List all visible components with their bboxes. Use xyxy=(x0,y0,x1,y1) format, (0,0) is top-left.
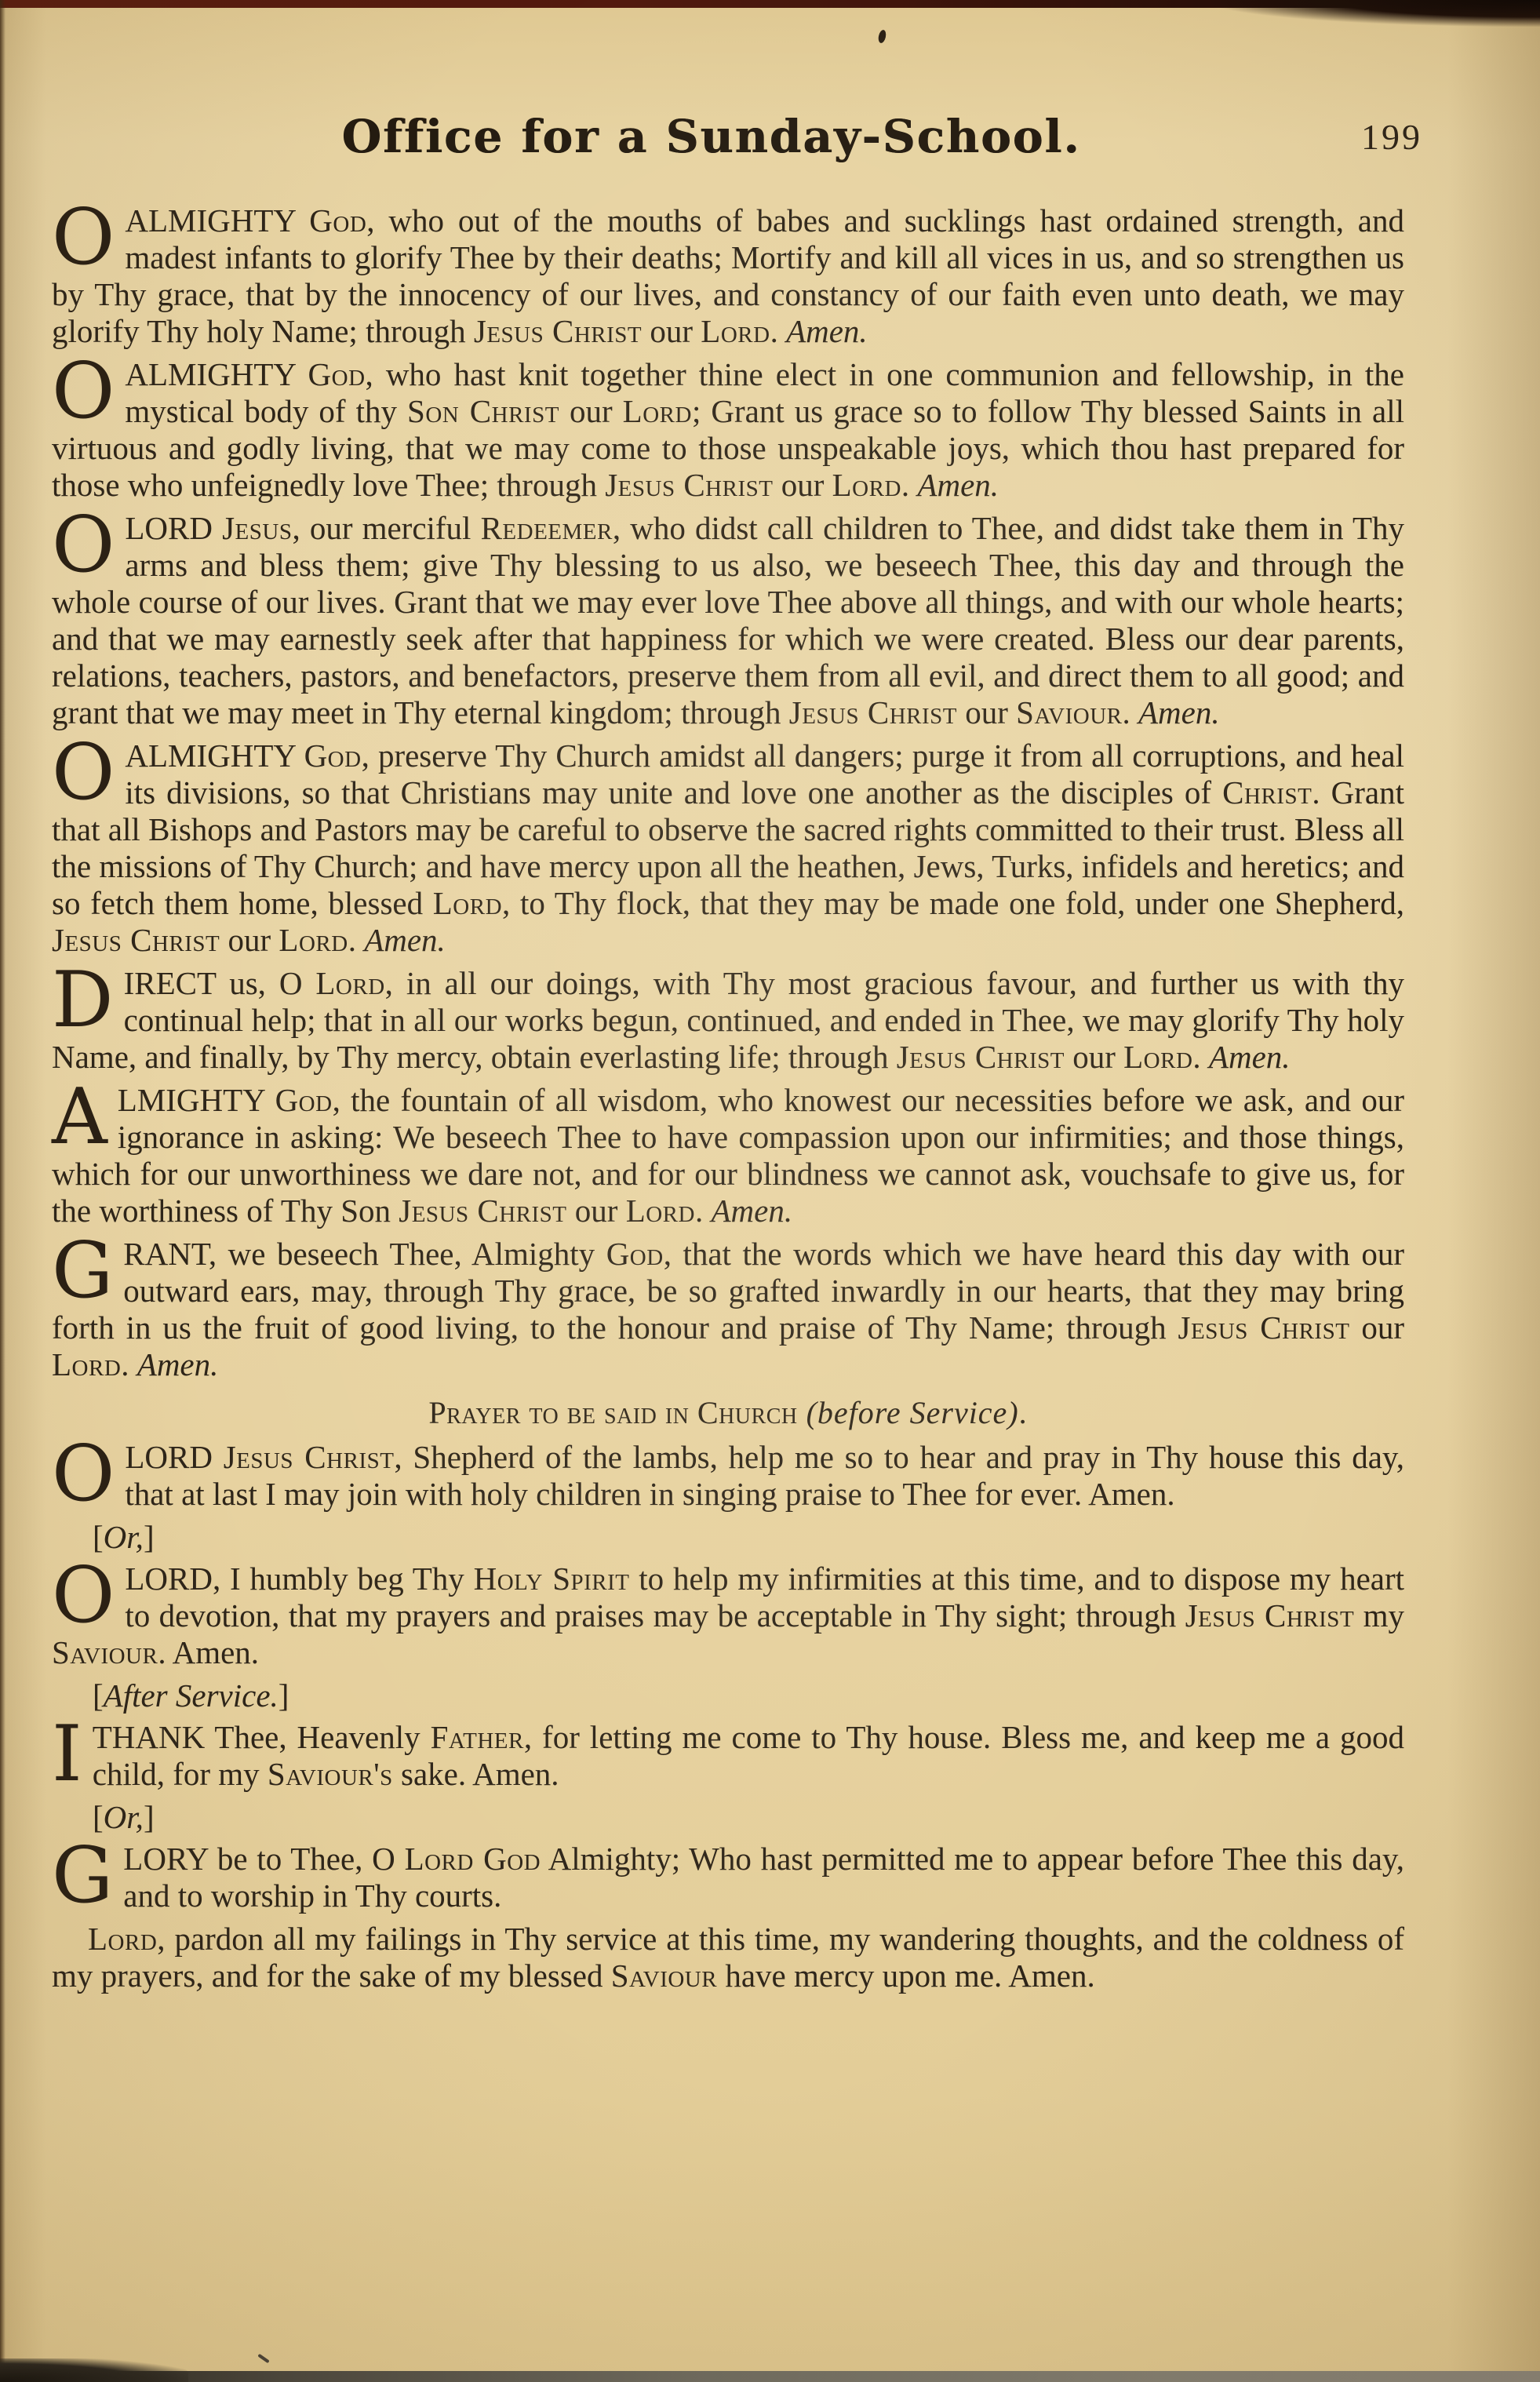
text-segment: IRECT us, O xyxy=(124,965,316,1001)
text-segment: Jesus Christ xyxy=(224,1439,395,1475)
text-segment: Lord God xyxy=(405,1841,541,1877)
drop-cap-letter: O xyxy=(52,1443,115,1506)
text-segment: Amen. xyxy=(786,313,868,349)
text-segment: Lord xyxy=(279,922,348,958)
page-top-right-corner-shadow xyxy=(1211,0,1540,27)
text-segment: LORY be to Thee, O xyxy=(123,1841,404,1877)
text-segment: Saviour xyxy=(1016,694,1122,730)
text-segment: Jesus Christ xyxy=(52,922,220,958)
drop-cap-letter: O xyxy=(52,1564,115,1627)
text-segment: LORD xyxy=(125,510,222,546)
text-segment: Father xyxy=(431,1719,524,1755)
text-segment: . xyxy=(1123,694,1139,730)
text-segment: our xyxy=(567,1193,626,1229)
text-segment: Amen. xyxy=(711,1193,792,1229)
text-segment: Holy Spirit xyxy=(474,1561,630,1597)
text-segment: Lord xyxy=(1123,1039,1192,1075)
text-segment: Lord xyxy=(623,393,692,429)
text-segment: [ xyxy=(93,1799,104,1835)
prayer-paragraph: Lord, pardon all my failings in Thy serv… xyxy=(52,1921,1404,1994)
text-segment: Amen. xyxy=(1138,694,1220,730)
text-segment: our xyxy=(773,467,832,503)
drop-cap-letter: O xyxy=(52,514,115,577)
text-segment: ALMIGHTY xyxy=(125,738,304,774)
text-segment: God xyxy=(304,738,362,774)
rubric: [Or,] xyxy=(93,1519,1404,1556)
page-left-edge xyxy=(0,0,5,2382)
prayer-paragraph: ALMIGHTY God, the fountain of all wisdom… xyxy=(52,1082,1404,1229)
ink-speck xyxy=(877,29,887,43)
text-segment: God xyxy=(309,202,366,239)
text-segment: LORD, I humbly beg Thy xyxy=(125,1561,473,1597)
text-segment: Redeemer xyxy=(481,510,613,546)
text-segment: , to Thy flock, that they may be made on… xyxy=(502,885,1404,921)
text-segment: our xyxy=(1065,1039,1123,1075)
text-segment: [ xyxy=(93,1519,104,1555)
text-segment: Saviour's xyxy=(268,1756,393,1792)
text-segment: Prayer to be said in Church xyxy=(428,1395,797,1430)
text-segment: Jesus Christ xyxy=(399,1193,566,1229)
drop-cap-letter: O xyxy=(52,206,115,269)
text-segment: ] xyxy=(279,1677,289,1714)
prayer-paragraph: OLORD, I humbly beg Thy Holy Spirit to h… xyxy=(52,1561,1404,1671)
text-segment: sake. Amen. xyxy=(393,1756,559,1792)
text-segment: ALMIGHTY xyxy=(125,202,309,239)
text-segment: . xyxy=(770,313,787,349)
text-segment: Lord xyxy=(832,467,901,503)
rubric: [Or,] xyxy=(93,1799,1404,1836)
text-segment: God xyxy=(308,356,366,392)
page-header: Office for a Sunday-School. 199 xyxy=(0,100,1540,187)
text-segment: Lord xyxy=(701,313,770,349)
prayer-paragraph: OLORD Jesus, our merciful Redeemer, who … xyxy=(52,510,1404,731)
drop-cap-letter: I xyxy=(52,1723,82,1786)
text-segment: Jesus Christ xyxy=(789,694,957,730)
text-segment: Amen. xyxy=(137,1346,219,1382)
text-segment: Jesus xyxy=(222,510,292,546)
text-segment: Jesus Christ xyxy=(605,467,773,503)
text-segment: Lord xyxy=(433,885,502,921)
ink-speck xyxy=(257,2354,269,2363)
page-body: OALMIGHTY God, who out of the mouths of … xyxy=(52,202,1404,2001)
text-segment: After Service. xyxy=(104,1677,279,1714)
text-segment: Amen. xyxy=(364,922,446,958)
section-heading: Prayer to be said in Church (before Serv… xyxy=(52,1394,1404,1431)
text-segment: Jesus Christ xyxy=(1185,1597,1354,1634)
text-segment: Son Christ xyxy=(407,393,559,429)
text-segment: Or, xyxy=(104,1799,144,1835)
page-bottom-left-corner-shadow xyxy=(0,2358,188,2382)
text-segment xyxy=(798,1395,806,1430)
page-number: 199 xyxy=(1361,116,1422,158)
text-segment: . xyxy=(695,1193,712,1229)
text-segment: Lord xyxy=(626,1193,695,1229)
drop-cap-letter: A xyxy=(52,1086,107,1149)
text-segment: Saviour xyxy=(52,1634,158,1670)
text-segment: ALMIGHTY xyxy=(125,356,308,392)
text-segment: . Amen. xyxy=(158,1634,259,1670)
text-segment: our xyxy=(1349,1309,1404,1346)
text-segment: , our merciful xyxy=(292,510,480,546)
text-segment: Christ xyxy=(1222,774,1312,810)
page-bottom-edge xyxy=(0,2371,1540,2382)
text-segment: . xyxy=(121,1346,137,1382)
text-segment: Jesus Christ xyxy=(474,313,642,349)
text-segment: Lord xyxy=(315,965,384,1001)
prayer-paragraph: GRANT, we beseech Thee, Almighty God, th… xyxy=(52,1236,1404,1383)
text-segment: have mercy upon me. Amen. xyxy=(717,1958,1095,1994)
drop-cap-letter: O xyxy=(52,741,115,804)
text-segment: Or, xyxy=(104,1519,144,1555)
text-segment: Amen. xyxy=(917,467,999,503)
text-segment: . xyxy=(1192,1039,1209,1075)
text-segment: . xyxy=(901,467,918,503)
text-segment: ] xyxy=(144,1799,155,1835)
text-segment: [ xyxy=(93,1677,104,1714)
text-segment: ] xyxy=(144,1519,155,1555)
text-segment: . xyxy=(1019,1395,1028,1430)
prayer-paragraph: OLORD Jesus Christ, Shepherd of the lamb… xyxy=(52,1439,1404,1513)
prayer-paragraph: OALMIGHTY God, who hast knit together th… xyxy=(52,356,1404,504)
text-segment: our xyxy=(957,694,1016,730)
text-segment: God xyxy=(606,1236,664,1272)
text-segment: Lord xyxy=(52,1346,121,1382)
book-page: Office for a Sunday-School. 199 OALMIGHT… xyxy=(0,0,1540,2382)
text-segment: LMIGHTY xyxy=(118,1082,275,1118)
text-segment: THANK Thee, Heavenly xyxy=(93,1719,431,1755)
text-segment: . xyxy=(348,922,365,958)
prayer-paragraph: ITHANK Thee, Heavenly Father, for lettin… xyxy=(52,1719,1404,1793)
rubric: [After Service.] xyxy=(93,1677,1404,1714)
text-segment: my xyxy=(1354,1597,1404,1634)
prayer-paragraph: OALMIGHTY God, preserve Thy Church amids… xyxy=(52,738,1404,959)
prayer-paragraph: GLORY be to Thee, O Lord God Almighty; W… xyxy=(52,1841,1404,1914)
text-segment: our xyxy=(220,922,279,958)
text-segment: Jesus Christ xyxy=(897,1039,1065,1075)
text-segment: RANT, we beseech Thee, Almighty xyxy=(123,1236,606,1272)
text-segment: our xyxy=(642,313,701,349)
text-segment: our xyxy=(559,393,623,429)
prayer-paragraph: DIRECT us, O Lord, in all our doings, wi… xyxy=(52,965,1404,1076)
text-segment: (before Service) xyxy=(806,1395,1019,1430)
prayer-paragraph: OALMIGHTY God, who out of the mouths of … xyxy=(52,202,1404,350)
text-segment: Amen. xyxy=(1209,1039,1291,1075)
drop-cap-letter: G xyxy=(52,1845,113,1907)
text-segment: Lord xyxy=(88,1921,157,1957)
text-segment: LORD xyxy=(125,1439,223,1475)
page-title: Office for a Sunday-School. xyxy=(0,100,1481,173)
drop-cap-letter: D xyxy=(52,969,114,1032)
text-segment: God xyxy=(275,1082,333,1118)
text-segment: Jesus Christ xyxy=(1178,1309,1350,1346)
drop-cap-letter: G xyxy=(52,1240,113,1302)
drop-cap-letter: O xyxy=(52,360,115,423)
text-segment: Saviour xyxy=(611,1958,717,1994)
